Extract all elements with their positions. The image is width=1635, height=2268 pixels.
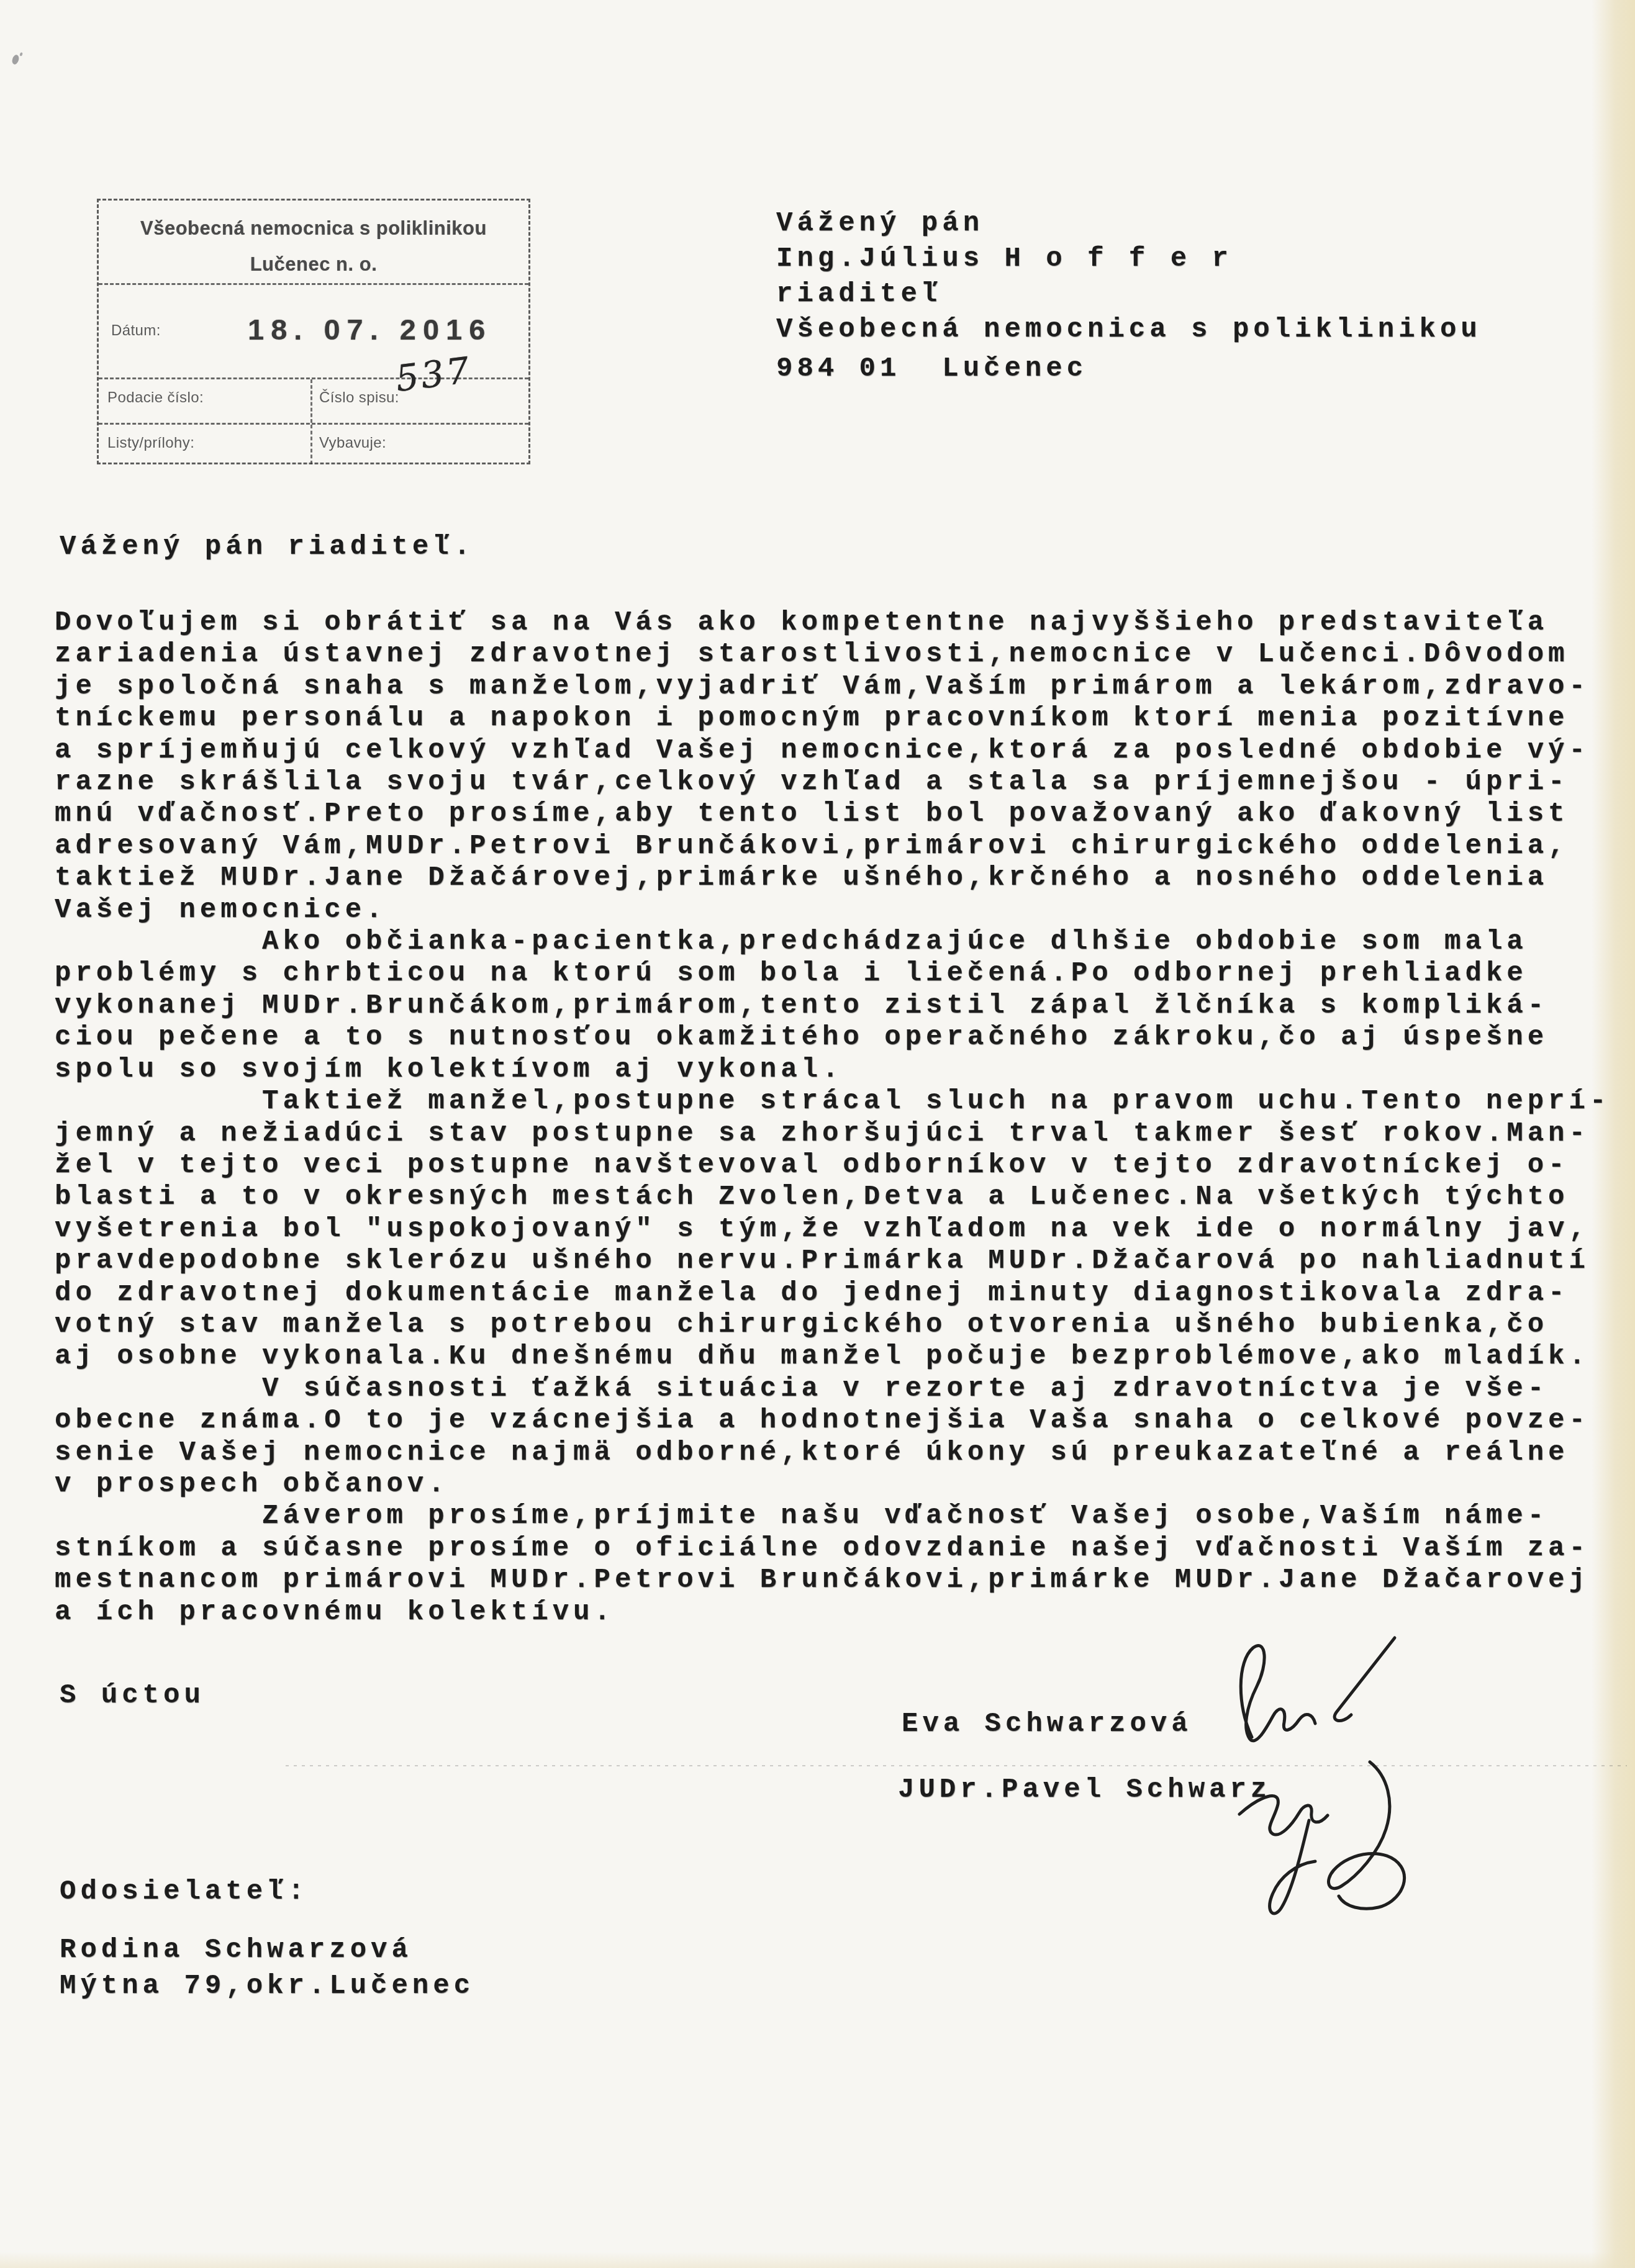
stamp-org-line1: Všeobecná nemocnica s poliklinikou	[99, 210, 528, 246]
stamp-cell-divider	[310, 379, 312, 423]
stamp-numbers-row: Podacie číslo: Číslo spisu: 537	[99, 377, 528, 423]
page-edge-tint-bottom	[0, 2252, 1635, 2268]
signature-scribble-2	[1239, 1762, 1405, 1913]
stamp-file-number-handwritten-value: 537	[393, 349, 474, 400]
stamp-organization-name: Všeobecná nemocnica s poliklinikou Lučen…	[99, 201, 528, 283]
letter-body-text: Dovoľujem si obrátiť sa na Vás ako kompe…	[55, 607, 1619, 1629]
stamp-org-line2: Lučenec n. o.	[99, 246, 528, 282]
closing-phrase: S úctou	[60, 1680, 205, 1711]
stamp-filing-number-label: Podacie číslo:	[107, 389, 204, 407]
stamp-file-number-label: Číslo spisu:	[319, 389, 399, 407]
sender-label: Odosielateľ:	[60, 1876, 309, 1907]
stamp-handler-label: Vybavuje:	[319, 435, 386, 452]
recipient-address: Vážený pán Ing.Július H o f f e r riadit…	[776, 206, 1482, 348]
stamp-date-value: 18. 07. 2016	[248, 312, 492, 346]
scan-artifact-line	[286, 1765, 1627, 1766]
recipient-postal-line: 984 01 Lučenec	[776, 351, 1087, 387]
scanned-letter-page: Všeobecná nemocnica s poliklinikou Lučen…	[0, 0, 1635, 2268]
signature-scribble-1	[1241, 1638, 1395, 1741]
scan-speck	[11, 54, 20, 65]
registry-stamp-box: Všeobecná nemocnica s poliklinikou Lučen…	[97, 199, 530, 464]
stamp-cell-divider	[310, 425, 312, 464]
stamp-sheets-label: Listy/prílohy:	[107, 435, 194, 452]
signature-name-eva: Eva Schwarzová	[902, 1709, 1192, 1740]
stamp-date-label: Dátum:	[111, 322, 161, 340]
stamp-footer-row: Listy/prílohy: Vybavuje:	[99, 423, 528, 464]
sender-address: Rodina Schwarzová Mýtna 79,okr.Lučenec	[60, 1932, 474, 2004]
salutation: Vážený pán riaditeľ.	[60, 531, 474, 563]
handwritten-signature-scribbles	[1180, 1614, 1503, 1937]
